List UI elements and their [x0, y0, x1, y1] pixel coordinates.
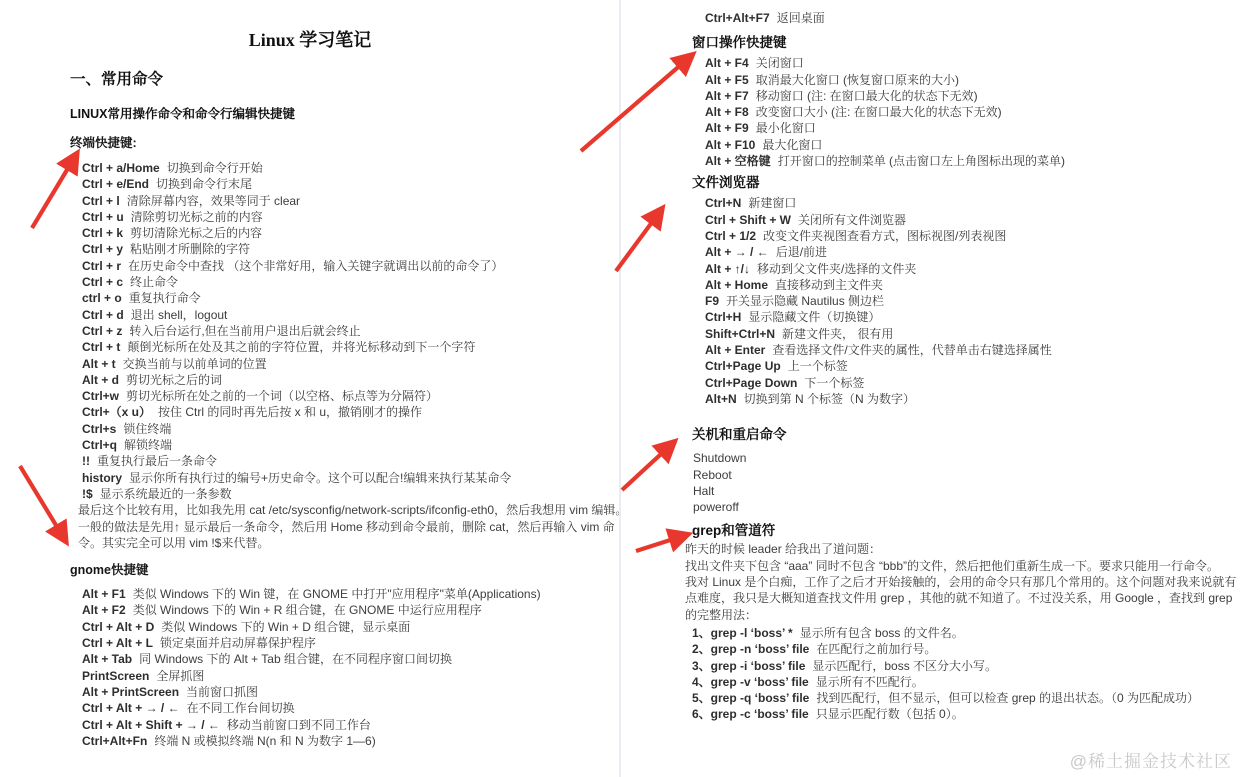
- shortcut-line: ctrl + o重复执行命令: [82, 290, 618, 306]
- file-browser-heading: 文件浏览器: [692, 174, 1240, 192]
- shortcut-line: Alt + F1类似 Windows 下的 Win 键，在 GNOME 中打开"…: [82, 586, 618, 602]
- grep-intro-line: 我对 Linux 是个白痴，工作了之后才开始接触的，会用的命令只有那几个常用的。…: [685, 574, 1240, 590]
- grep-usage-line: 3、grep -i ‘boss’ file显示匹配行，boss 不区分大小写。: [692, 658, 1240, 674]
- doc-subtitle: LINUX常用操作命令和命令行编辑快捷键: [70, 106, 618, 123]
- right-column: Ctrl+Alt+F7返回桌面 窗口操作快捷键 Alt + F4关闭窗口 Alt…: [692, 10, 1240, 723]
- power-command-line: Shutdown: [693, 450, 1240, 466]
- power-commands-list: Shutdown Reboot Halt poweroff: [692, 450, 1240, 515]
- grep-intro-line: 点难度，我只是大概知道查找文件用 grep ，其他的就不知道了。不过没关系，用 …: [685, 590, 1240, 606]
- shortcut-line: Ctrl+Page Down下一个标签: [705, 375, 1240, 391]
- grep-intro-line: 的完整用法：: [685, 607, 1240, 623]
- shortcut-line: Ctrl+s锁住终端: [82, 421, 618, 437]
- shortcut-line: Ctrl + d退出 shell，logout: [82, 307, 618, 323]
- shortcut-line: Alt + F10最大化窗口: [705, 137, 1240, 153]
- shortcut-line: Ctrl + z转入后台运行,但在当前用户退出后就会终止: [82, 323, 618, 339]
- shortcut-line: Ctrl+w剪切光标所在处之前的一个词（以空格、标点等为分隔符）: [82, 388, 618, 404]
- red-arrow-gnome: [20, 466, 65, 540]
- shortcut-line: Alt + d剪切光标之后的词: [82, 372, 618, 388]
- shortcut-line: Ctrl+（x u）按住 Ctrl 的同时再先后按 x 和 u，撤销刚才的操作: [82, 404, 618, 420]
- terminal-shortcuts-list: Ctrl + a/Home切换到命令行开始 Ctrl + e/End切换到命令行…: [70, 160, 618, 502]
- power-commands-heading: 关机和重启命令: [692, 426, 1240, 444]
- shortcut-line: Ctrl + Shift + W关闭所有文件浏览器: [705, 212, 1240, 228]
- shortcut-line: Ctrl + Alt + L锁定桌面并启动屏幕保护程序: [82, 635, 618, 651]
- shortcut-line: Ctrl + Alt + D类似 Windows 下的 Win + D 组合键，…: [82, 619, 618, 635]
- shortcut-line: Alt + Home直接移动到主文件夹: [705, 277, 1240, 293]
- shortcut-line: Alt + t交换当前与以前单词的位置: [82, 356, 618, 372]
- shortcut-line: Ctrl + 1/2改变文件夹视图查看方式，图标视图/列表视图: [705, 228, 1240, 244]
- shortcut-line: Alt + F5取消最大化窗口 (恢复窗口原来的大小): [705, 72, 1240, 88]
- shortcut-line: Alt + F8改变窗口大小 (注: 在窗口最大化的状态下无效): [705, 104, 1240, 120]
- note-paragraph: 最后这个比较有用，比如我先用 cat /etc/sysconfig/networ…: [70, 502, 618, 551]
- shortcut-line: Ctrl + c终止命令: [82, 274, 618, 290]
- shortcut-line: Ctrl + Alt + → / ←在不同工作台间切换: [82, 700, 618, 716]
- gnome-shortcuts-list: Alt + F1类似 Windows 下的 Win 键，在 GNOME 中打开"…: [70, 586, 618, 749]
- grep-usage-line: 4、grep -v ‘boss’ file显示所有不匹配行。: [692, 674, 1240, 690]
- return-desktop-line: Ctrl+Alt+F7返回桌面: [692, 10, 1240, 26]
- grep-intro-line: 找出文件夹下包含 “aaa” 同时不包含 “bbb”的文件，然后把他们重新生成一…: [685, 558, 1240, 574]
- grep-usage-line: 1、grep -l ‘boss’ *显示所有包含 boss 的文件名。: [692, 625, 1240, 641]
- grep-intro-line: 昨天的时候 leader 给我出了道问题：: [685, 541, 1240, 557]
- shortcut-line: Ctrl + r在历史命令中查找 （这个非常好用，输入关键字就调出以前的命令了）: [82, 258, 618, 274]
- grep-usage-line: 5、grep -q ‘boss’ file找到匹配行，但不显示，但可以检查 gr…: [692, 690, 1240, 706]
- shortcut-line: Shift+Ctrl+N新建文件夹， 很有用: [705, 326, 1240, 342]
- shortcut-line: Alt + F2类似 Windows 下的 Win + R 组合键，在 GNOM…: [82, 602, 618, 618]
- window-shortcuts-heading: 窗口操作快捷键: [692, 34, 1240, 52]
- shortcut-line: Ctrl + t颠倒光标所在处及其之前的字符位置，并将光标移动到下一个字符: [82, 339, 618, 355]
- power-command-line: poweroff: [693, 499, 1240, 515]
- column-divider: [619, 0, 621, 777]
- shortcut-line: Alt + F9最小化窗口: [705, 120, 1240, 136]
- window-shortcuts-list: Alt + F4关闭窗口 Alt + F5取消最大化窗口 (恢复窗口原来的大小)…: [692, 55, 1240, 169]
- note-line: 最后这个比较有用，比如我先用 cat /etc/sysconfig/networ…: [78, 502, 618, 518]
- shortcut-line: history显示你所有执行过的编号+历史命令。这个可以配合!编辑来执行某某命令: [82, 470, 618, 486]
- grep-heading: grep和管道符: [692, 522, 1240, 540]
- shortcut-line: Ctrl+Page Up上一个标签: [705, 358, 1240, 374]
- shortcut-line: !$显示系统最近的一条参数: [82, 486, 618, 502]
- shortcut-line: Ctrl + Alt + Shift + → / ←移动当前窗口到不同工作台: [82, 717, 618, 733]
- red-arrow-file-browser: [616, 210, 661, 271]
- shortcut-line: Ctrl + e/End切换到命令行末尾: [82, 176, 618, 192]
- file-browser-list: Ctrl+N新建窗口 Ctrl + Shift + W关闭所有文件浏览器 Ctr…: [692, 195, 1240, 407]
- gnome-shortcuts-heading: gnome快捷键: [70, 562, 618, 579]
- shortcut-line: Alt + Tab同 Windows 下的 Alt + Tab 组合键，在不同程…: [82, 651, 618, 667]
- shortcut-line: F9开关显示隐藏 Nautilus 侧边栏: [705, 293, 1240, 309]
- left-column: 一、常用命令 LINUX常用操作命令和命令行编辑快捷键 终端快捷键: Ctrl …: [70, 70, 618, 749]
- shortcut-line: Ctrl+Alt+Fn终端 N 或模拟终端 N(n 和 N 为数字 1—6): [82, 733, 618, 749]
- shortcut-line: Ctrl + k剪切清除光标之后的内容: [82, 225, 618, 241]
- grep-intro: 昨天的时候 leader 给我出了道问题： 找出文件夹下包含 “aaa” 同时不…: [685, 541, 1240, 622]
- shortcut-line: Alt + F4关闭窗口: [705, 55, 1240, 71]
- note-line: 令。其实完全可以用 vim !$来代替。: [78, 535, 618, 551]
- shortcut-line: Alt + ↑/↓移动到父文件夹/选择的文件夹: [705, 261, 1240, 277]
- grep-usage-list: 1、grep -l ‘boss’ *显示所有包含 boss 的文件名。 2、gr…: [692, 625, 1240, 723]
- grep-usage-line: 6、grep -c ‘boss’ file只显示匹配行数（包括 0）。: [692, 706, 1240, 722]
- shortcut-line: PrintScreen全屏抓图: [82, 668, 618, 684]
- terminal-shortcuts-heading: 终端快捷键:: [70, 135, 618, 152]
- shortcut-line: Alt + Enter查看选择文件/文件夹的属性，代替单击右键选择属性: [705, 342, 1240, 358]
- shortcut-line: Alt + 空格键打开窗口的控制菜单 (点击窗口左上角图标出现的菜单): [705, 153, 1240, 169]
- red-arrow-grep: [636, 535, 686, 551]
- shortcut-line: !!重复执行最后一条命令: [82, 453, 618, 469]
- shortcut-line: Ctrl+q解锁终端: [82, 437, 618, 453]
- shortcut-line: Ctrl+H显示隐藏文件（切换键）: [705, 309, 1240, 325]
- grep-usage-line: 2、grep -n ‘boss’ file在匹配行之前加行号。: [692, 641, 1240, 657]
- watermark: @稀土掘金技术社区: [1070, 747, 1232, 772]
- shortcut-line: Alt + → / ←后退/前进: [705, 244, 1240, 260]
- page-title: Linux 学习笔记: [0, 26, 620, 52]
- shortcut-line: Ctrl+N新建窗口: [705, 195, 1240, 211]
- shortcut-line: Ctrl + y粘贴刚才所删除的字符: [82, 241, 618, 257]
- shortcut-line: Alt + F7移动窗口 (注: 在窗口最大化的状态下无效): [705, 88, 1240, 104]
- note-line: 一般的做法是先用↑ 显示最后一条命令，然后用 Home 移动到命令最前，删除 c…: [78, 519, 618, 535]
- shortcut-line: Ctrl + l清除屏幕内容，效果等同于 clear: [82, 193, 618, 209]
- power-command-line: Halt: [693, 483, 1240, 499]
- shortcut-line: Alt + PrintScreen当前窗口抓图: [82, 684, 618, 700]
- shortcut-line: Ctrl + u清除剪切光标之前的内容: [82, 209, 618, 225]
- red-arrow-power: [622, 443, 673, 490]
- shortcut-line: Ctrl + a/Home切换到命令行开始: [82, 160, 618, 176]
- shortcut-line: Alt+N切换到第 N 个标签（N 为数字）: [705, 391, 1240, 407]
- section-one-heading: 一、常用命令: [70, 70, 618, 90]
- power-command-line: Reboot: [693, 467, 1240, 483]
